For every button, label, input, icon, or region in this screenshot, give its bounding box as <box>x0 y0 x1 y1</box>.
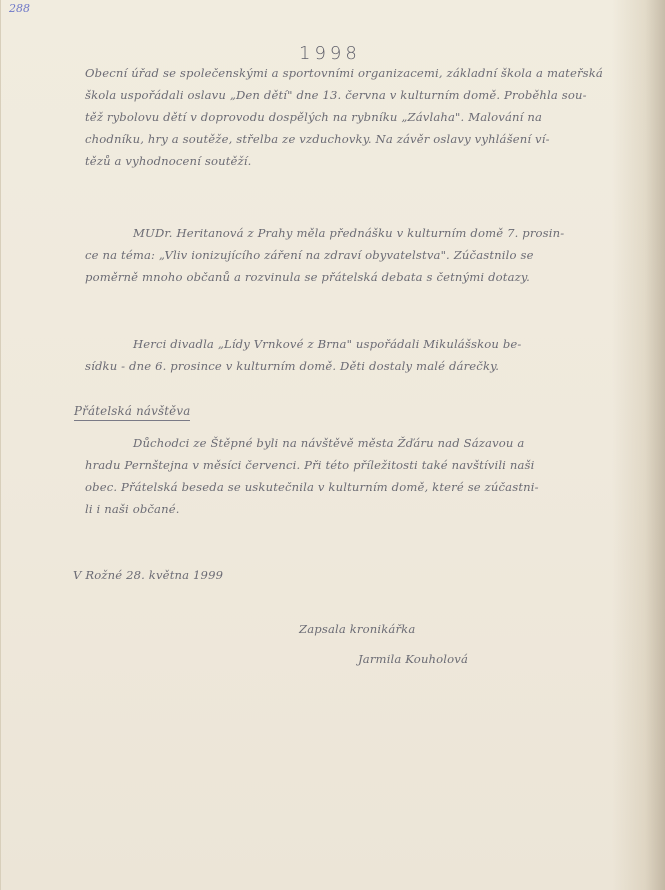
paragraph-pratelska-navsteva: Důchodci ze Štěpné byli na návštěvě měst… <box>85 432 539 520</box>
text-line: Obecní úřad se společenskými a sportovní… <box>85 62 603 84</box>
chronicle-page: 288 1998 Obecní úřad se společenskými a … <box>0 0 665 890</box>
text-line: těž rybolovu dětí v doprovodu dospělých … <box>85 106 603 128</box>
text-line: hradu Pernštejna v měsíci červenci. Při … <box>85 454 539 476</box>
text-line: ce na téma: „Vliv ionizujícího záření na… <box>85 244 564 266</box>
text-line: chodníku, hry a soutěže, střelba ze vzdu… <box>85 128 603 150</box>
text-line: poměrně mnoho občanů a rozvinula se přát… <box>85 266 564 288</box>
paragraph-den-deti: Obecní úřad se společenskými a sportovní… <box>85 62 603 172</box>
text-line: sídku - dne 6. prosince v kulturním domě… <box>85 355 521 377</box>
text-line: tězů a vyhodnocení soutěží. <box>85 150 603 172</box>
paragraph-prednaska: MUDr. Heritanová z Prahy měla přednášku … <box>85 222 564 288</box>
text-line: škola uspořádali oslavu „Den dětí" dne 1… <box>85 84 603 106</box>
text-line: Herci divadla „Lídy Vrnkové z Brna" uspo… <box>85 333 521 355</box>
signature-title: Zapsala kronikářka <box>299 622 415 636</box>
year-heading: 1998 <box>299 43 361 64</box>
signature-name: Jarmila Kouholová <box>358 652 468 666</box>
paragraph-mikulas: Herci divadla „Lídy Vrnkové z Brna" uspo… <box>85 333 521 377</box>
text-line: obec. Přátelská beseda se uskutečnila v … <box>85 476 539 498</box>
text-line: MUDr. Heritanová z Prahy měla přednášku … <box>85 222 564 244</box>
page-number: 288 <box>9 2 30 15</box>
text-line: Důchodci ze Štěpné byli na návštěvě měst… <box>85 432 539 454</box>
text-line: li i naši občané. <box>85 498 539 520</box>
section-heading: Přátelská návštěva <box>74 404 190 421</box>
place-and-date: V Rožné 28. května 1999 <box>73 568 223 582</box>
